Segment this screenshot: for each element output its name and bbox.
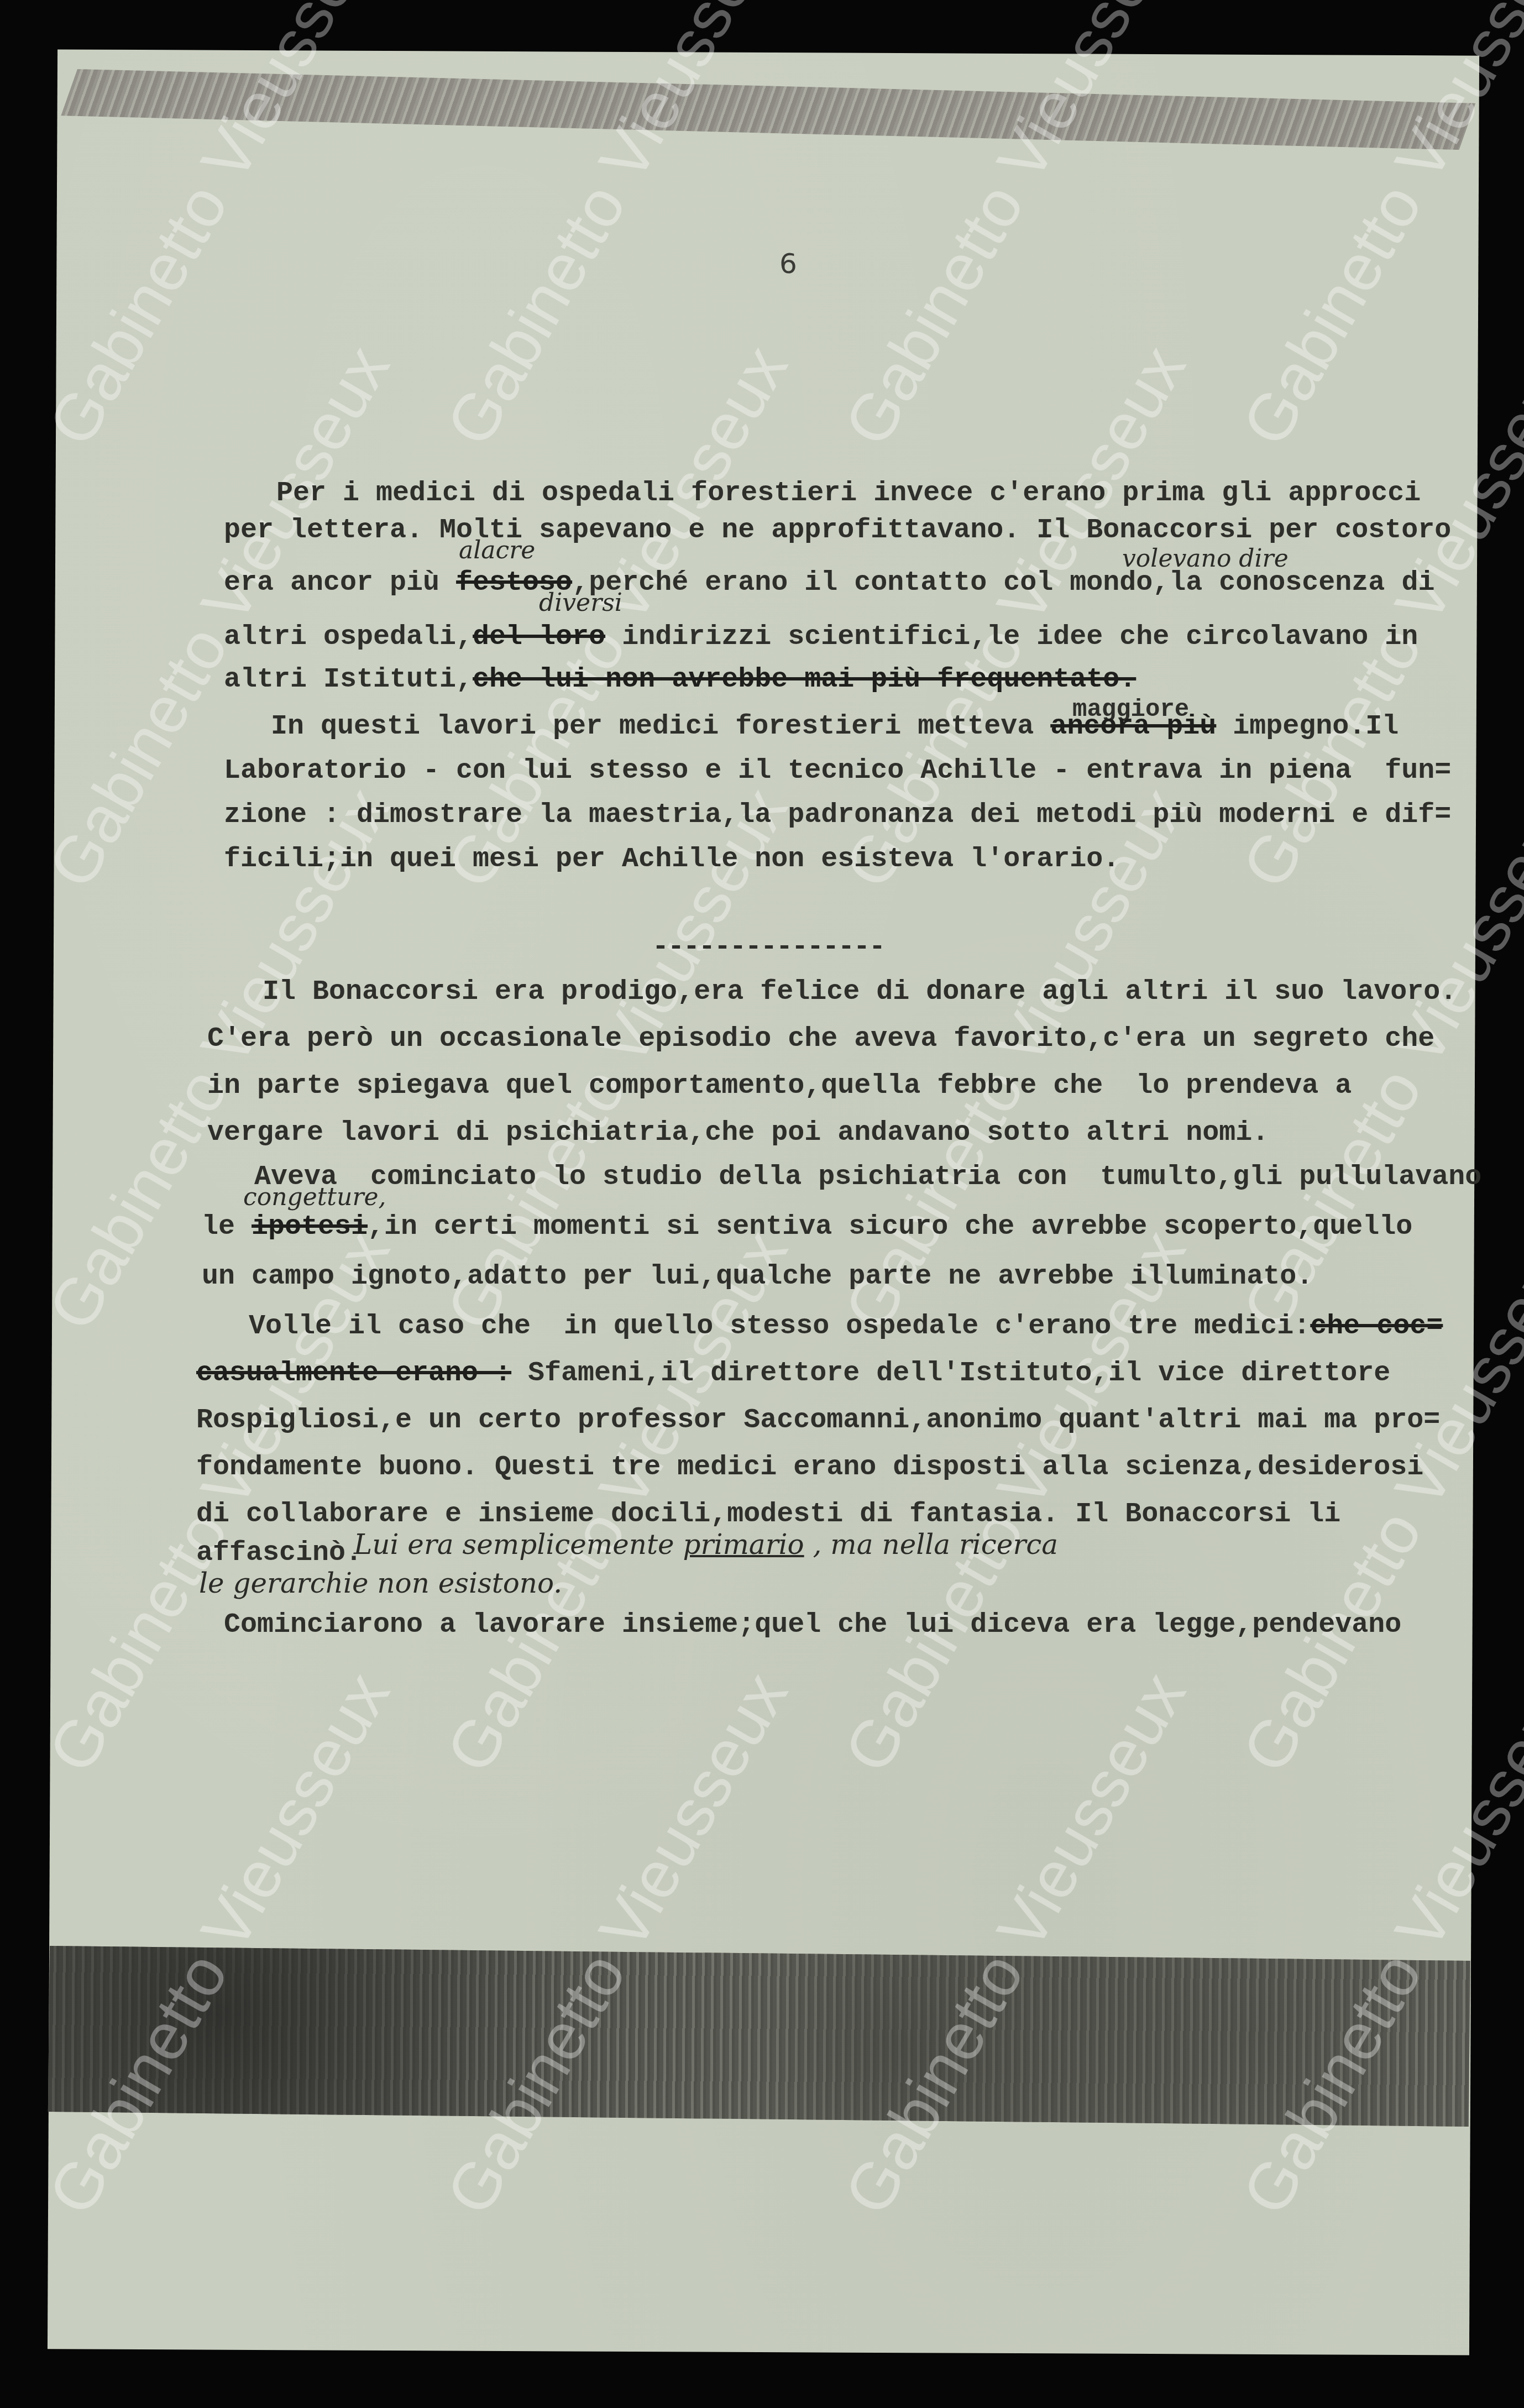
text-segment: Volle il caso che in quello stesso osped… xyxy=(249,1311,1310,1342)
struck-text: che coc= xyxy=(1310,1311,1443,1342)
handwritten-annotation: Lui era semplicemente primario , ma nell… xyxy=(354,1528,1058,1561)
text-line: in parte spiegava quel comportamento,que… xyxy=(207,1072,1352,1100)
text-line: altri Istituti,che lui non avrebbe mai p… xyxy=(224,666,1136,694)
text-line: zione : dimostrare la maestria,la padron… xyxy=(224,802,1451,829)
handwritten-segment: , ma nella ricerca xyxy=(804,1528,1058,1561)
handwritten-insertion: congetture, xyxy=(243,1183,386,1211)
struck-text: ipotesi xyxy=(252,1211,368,1243)
handwritten-segment: Lui era semplicemente xyxy=(354,1528,683,1561)
struck-text: ancora più xyxy=(1050,711,1216,742)
page-number: 6 xyxy=(779,248,797,280)
text-line: per lettera. Molti sapevano e ne approfi… xyxy=(224,517,1451,545)
handwritten-insertion: diversi xyxy=(539,589,622,617)
text-line: affascinò. xyxy=(196,1540,362,1567)
text-line: In questi lavori per medici forestieri m… xyxy=(271,713,1399,741)
handwritten-insertion: alacre xyxy=(459,536,535,564)
text-line: C'era però un occasionale episodio che a… xyxy=(207,1025,1434,1053)
text-line: Rospigliosi,e un certo professor Saccoma… xyxy=(196,1407,1440,1435)
text-segment: impegno.Il xyxy=(1216,711,1399,742)
struck-text: casualmente erano : xyxy=(196,1358,511,1389)
text-line: fondamente buono. Questi tre medici eran… xyxy=(196,1454,1423,1482)
text-segment: altri Istituti, xyxy=(224,664,473,695)
text-line: casualmente erano : Sfameni,il direttore… xyxy=(196,1360,1390,1388)
text-segment: Sfameni,il direttore dell'Istituto,il vi… xyxy=(511,1358,1390,1389)
text-segment: ,in certi momenti si sentiva sicuro che … xyxy=(368,1211,1412,1243)
struck-text: del loro xyxy=(473,621,605,653)
struck-text: che lui non avrebbe mai più frequentato. xyxy=(473,664,1136,695)
text-line: Laboratorio - con lui stesso e il tecnic… xyxy=(224,757,1451,785)
bottom-tape-shadow xyxy=(48,1946,1470,2127)
text-segment: ,perché erano il contatto col mondo, xyxy=(572,567,1169,599)
text-line: vergare lavori di psichiatria,che poi an… xyxy=(207,1119,1269,1147)
text-line: Il Bonaccorsi era prodigo,era felice di … xyxy=(263,978,1457,1006)
text-segment: affascinò. xyxy=(196,1537,362,1569)
text-segment: indirizzi scientifici,le idee che circol… xyxy=(605,621,1418,653)
section-separator: --------------- xyxy=(652,931,884,963)
text-line: era ancor più festoso,perché erano il co… xyxy=(224,569,1434,597)
text-line: Cominciarono a lavorare insieme;quel che… xyxy=(224,1611,1401,1639)
text-line: Volle il caso che in quello stesso osped… xyxy=(249,1313,1443,1341)
text-line: Aveva cominciato lo studio della psichia… xyxy=(254,1164,1481,1191)
text-line: le ipotesi,in certi momenti si sentiva s… xyxy=(202,1213,1412,1241)
text-line: Per i medici di ospedali forestieri inve… xyxy=(276,480,1421,507)
handwritten-annotation: le gerarchie non esistono. xyxy=(199,1567,562,1599)
text-segment: altri ospedali, xyxy=(224,621,473,653)
text-segment: era ancor più xyxy=(224,567,456,599)
text-line: altri ospedali,del loro indirizzi scient… xyxy=(224,624,1418,651)
handwritten-underlined: primario xyxy=(683,1528,804,1561)
text-line: di collaborare e insieme docili,modesti … xyxy=(196,1501,1340,1528)
text-line: un campo ignoto,adatto per lui,qualche p… xyxy=(202,1263,1313,1291)
text-segment: In questi lavori per medici forestieri m… xyxy=(271,711,1050,742)
text-segment: la conoscenza di xyxy=(1169,567,1434,599)
text-line: ficili;in quei mesi per Achille non esis… xyxy=(224,846,1119,873)
text-segment: le xyxy=(202,1211,252,1243)
